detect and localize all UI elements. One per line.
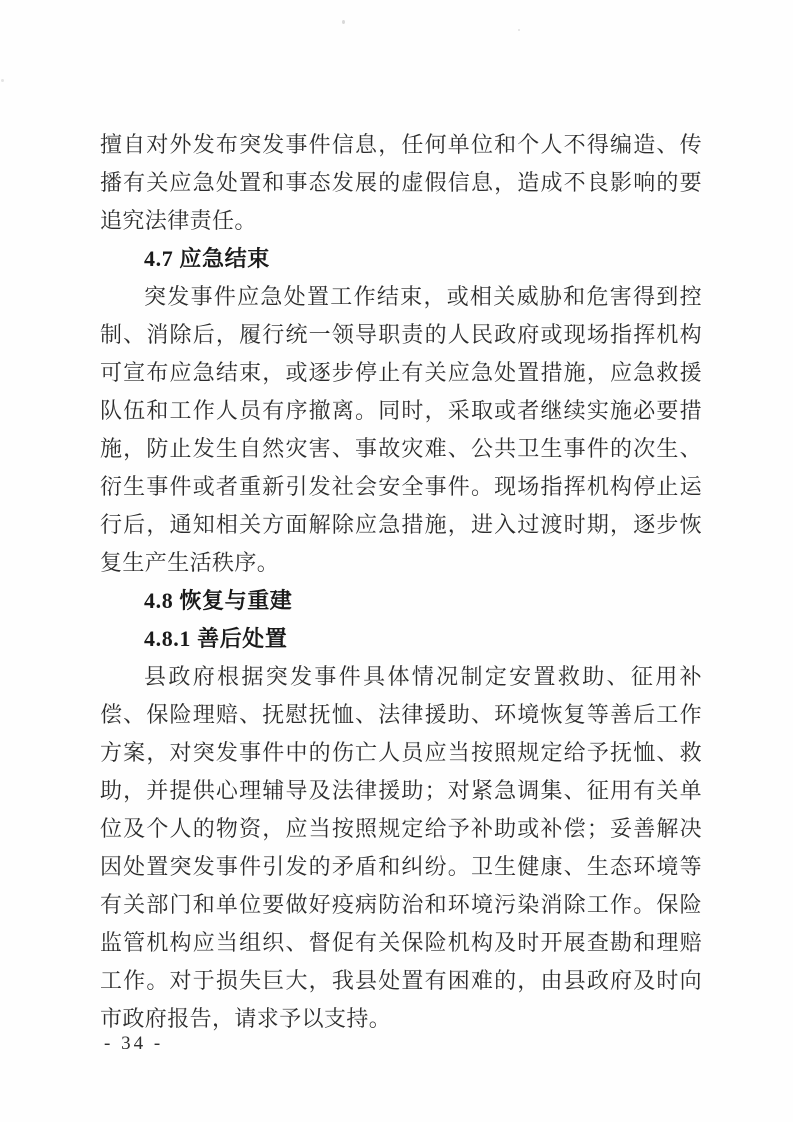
document-body: 擅自对外发布突发事件信息，任何单位和个人不得编造、传播有关应急处置和事态发展的虚…	[100, 126, 702, 1038]
paragraph-emergency-end-procedure: 突发事件应急处置工作结束，或相关威胁和危害得到控制、消除后，履行统一领导职责的人…	[100, 278, 702, 582]
heading-4-7-emergency-end: 4.7 应急结束	[100, 240, 702, 278]
scan-speck	[518, 29, 520, 31]
scan-speck	[342, 20, 345, 24]
heading-4-8-1-aftermath-handling: 4.8.1 善后处置	[100, 620, 702, 658]
page-number: - 34 -	[104, 1032, 163, 1056]
heading-4-8-recovery-reconstruction: 4.8 恢复与重建	[100, 582, 702, 620]
document-page: 擅自对外发布突发事件信息，任何单位和个人不得编造、传播有关应急处置和事态发展的虚…	[0, 0, 793, 1122]
paragraph-aftermath-handling-details: 县政府根据突发事件具体情况制定安置救助、征用补偿、保险理赔、抚慰抚恤、法律援助、…	[100, 658, 702, 1038]
scan-speck	[1, 79, 4, 82]
paragraph-information-release-liability: 擅自对外发布突发事件信息，任何单位和个人不得编造、传播有关应急处置和事态发展的虚…	[100, 126, 702, 240]
